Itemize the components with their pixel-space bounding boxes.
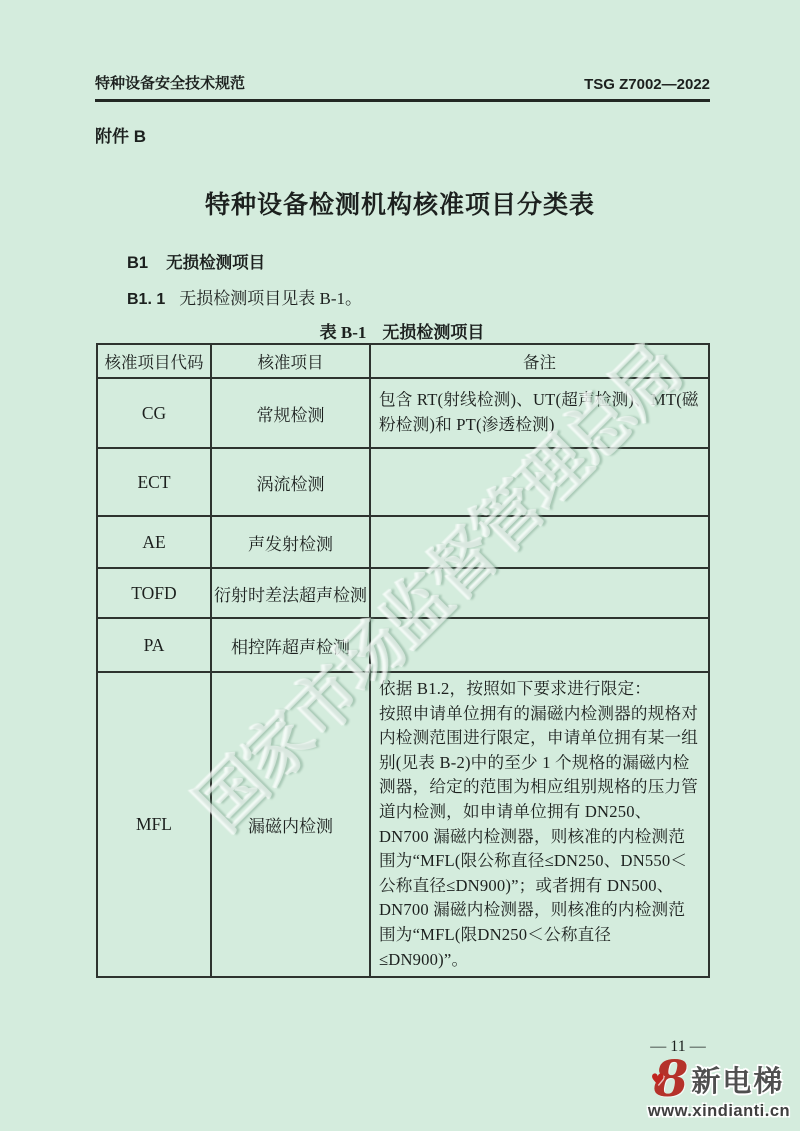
table-caption-label: 表 B-1 (320, 323, 367, 342)
table-row: CG常规检测包含 RT(射线检测)、UT(超声检测)、MT(磁粉检测)和 PT(… (97, 378, 709, 448)
section-clause-b1-1: B1. 1无损检测项目见表 B-1。 (127, 284, 362, 309)
section-number: B1 (127, 254, 148, 272)
cell-item-name: 衍射时差法超声检测 (211, 568, 370, 618)
table-caption-title: 无损检测项目 (382, 323, 484, 342)
site-logo: 8♥ 新电梯 www.xindianti.cn (640, 1056, 798, 1121)
section-heading-b1: B1无损检测项目 (127, 249, 265, 273)
column-header-remark: 备注 (370, 344, 709, 378)
page-title: 特种设备检测机构核准项目分类表 (0, 185, 800, 221)
doc-header-right: TSG Z7002—2022 (584, 76, 710, 93)
column-header-code: 核准项目代码 (97, 344, 211, 378)
table-row: PA相控阵超声检测 (97, 618, 709, 672)
cell-item-name: 涡流检测 (211, 448, 370, 516)
clause-text: 无损检测项目见表 B-1。 (179, 289, 362, 308)
cell-code: PA (97, 618, 211, 672)
cell-remark (370, 568, 709, 618)
remark-paragraph: 按照申请单位拥有的漏磁内检测器的规格对内检测范围进行限定，申请单位拥有某一组别(… (379, 702, 700, 973)
cell-item-name: 声发射检测 (211, 516, 370, 568)
cell-code: ECT (97, 448, 211, 516)
cell-remark (370, 448, 709, 516)
table-caption: 表 B-1无损检测项目 (96, 318, 708, 343)
table-row: TOFD衍射时差法超声检测 (97, 568, 709, 618)
table-header-row: 核准项目代码 核准项目 备注 (97, 344, 709, 378)
logo-8-icon: 8♥ (654, 1057, 689, 1101)
cell-remark (370, 618, 709, 672)
logo-row: 8♥ 新电梯 (640, 1056, 798, 1102)
column-header-item: 核准项目 (211, 344, 370, 378)
logo-name: 新电梯 (691, 1059, 784, 1100)
cell-remark: 包含 RT(射线检测)、UT(超声检测)、MT(磁粉检测)和 PT(渗透检测) (370, 378, 709, 448)
table-row: AE声发射检测 (97, 516, 709, 568)
table-b1: 核准项目代码 核准项目 备注 CG常规检测包含 RT(射线检测)、UT(超声检测… (96, 343, 710, 978)
cell-item-name: 相控阵超声检测 (211, 618, 370, 672)
table-row: ECT涡流检测 (97, 448, 709, 516)
remark-paragraph: 依据 B1.2，按照如下要求进行限定： (379, 677, 700, 702)
table-row: MFL漏磁内检测依据 B1.2，按照如下要求进行限定：按照申请单位拥有的漏磁内检… (97, 672, 709, 977)
cell-item-name: 漏磁内检测 (211, 672, 370, 977)
remark-paragraph: 包含 RT(射线检测)、UT(超声检测)、MT(磁粉检测)和 PT(渗透检测) (379, 388, 700, 437)
doc-header: 特种设备安全技术规范 TSG Z7002—2022 (95, 72, 710, 102)
cell-code: CG (97, 378, 211, 448)
cell-code: AE (97, 516, 211, 568)
section-title: 无损检测项目 (166, 254, 265, 272)
appendix-label: 附件 B (95, 122, 146, 147)
cell-item-name: 常规检测 (211, 378, 370, 448)
clause-number: B1. 1 (127, 291, 165, 308)
cell-code: MFL (97, 672, 211, 977)
cell-remark: 依据 B1.2，按照如下要求进行限定：按照申请单位拥有的漏磁内检测器的规格对内检… (370, 672, 709, 977)
document-page: 特种设备安全技术规范 TSG Z7002—2022 附件 B 特种设备检测机构核… (0, 0, 800, 1131)
cell-code: TOFD (97, 568, 211, 618)
cell-remark (370, 516, 709, 568)
heart-icon: ♥ (651, 1058, 665, 1102)
doc-header-left: 特种设备安全技术规范 (95, 72, 245, 93)
